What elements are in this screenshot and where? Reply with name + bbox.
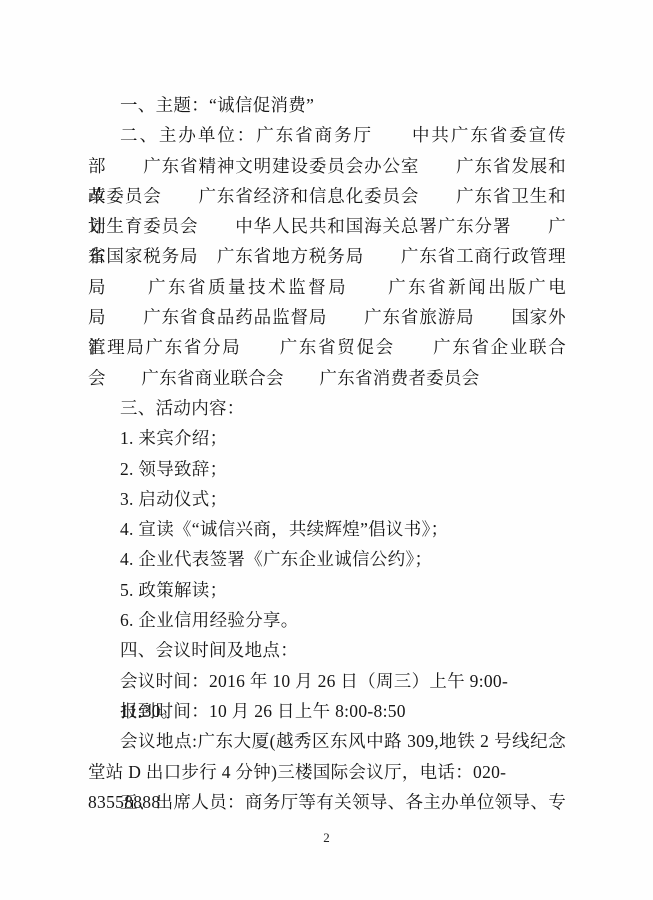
doc-line-venue-1: 会议地点:广东大厦(越秀区东风中路 309,地铁 2 号线纪念 xyxy=(88,726,566,756)
doc-line-attendees: 五、出席人员：商务厅等有关领导、各主办单位领导、专 xyxy=(88,787,566,817)
doc-line-organizers-6: 局 广东省质量技术监督局 广东省新闻出版广电 xyxy=(88,272,566,302)
doc-line-organizers-1: 二、主办单位：广东省商务厅 中共广东省委宣传 xyxy=(88,120,566,150)
doc-line-topic: 一、主题：“诚信促消费” xyxy=(88,90,566,120)
doc-line-organizers-9: 会 广东省商业联合会 广东省消费者委员会 xyxy=(88,363,566,393)
doc-line-organizers-3: 革委员会 广东省经济和信息化委员会 广东省卫生和计 xyxy=(88,181,566,211)
doc-line-agenda-item-4a: 4. 宣读《“诚信兴商，共续辉煌”倡议书》； xyxy=(88,514,566,544)
document-body: 一、主题：“诚信促消费” 二、主办单位：广东省商务厅 中共广东省委宣传 部 广东… xyxy=(88,90,566,817)
doc-line-agenda-item-2: 2. 领导致辞； xyxy=(88,454,566,484)
doc-line-agenda-item-5: 5. 政策解读； xyxy=(88,575,566,605)
doc-line-organizers-4: 划生育委员会 中华人民共和国海关总署广东分署 广东 xyxy=(88,211,566,241)
doc-line-organizers-5: 省国家税务局 广东省地方税务局 广东省工商行政管理 xyxy=(88,241,566,271)
doc-line-agenda-item-4b: 4. 企业代表签署《广东企业诚信公约》； xyxy=(88,544,566,574)
doc-line-agenda-item-1: 1. 来宾介绍； xyxy=(88,423,566,453)
doc-line-organizers-8: 管理局广东省分局 广东省贸促会 广东省企业联合 xyxy=(88,332,566,362)
doc-line-organizers-2: 部 广东省精神文明建设委员会办公室 广东省发展和改 xyxy=(88,151,566,181)
doc-line-checkin-time: 报到时间：10 月 26 日上午 8:00-8:50 xyxy=(88,696,566,726)
doc-line-meeting-time: 会议时间：2016 年 10 月 26 日（周三）上午 9:00-11:30。 xyxy=(88,666,566,696)
page-number: 2 xyxy=(0,830,653,846)
doc-line-agenda-heading: 三、活动内容： xyxy=(88,393,566,423)
doc-line-time-heading: 四、会议时间及地点： xyxy=(88,635,566,665)
doc-line-agenda-item-3: 3. 启动仪式； xyxy=(88,484,566,514)
doc-line-organizers-7: 局 广东省食品药品监督局 广东省旅游局 国家外汇 xyxy=(88,302,566,332)
doc-line-agenda-item-6: 6. 企业信用经验分享。 xyxy=(88,605,566,635)
document-page: 一、主题：“诚信促消费” 二、主办单位：广东省商务厅 中共广东省委宣传 部 广东… xyxy=(0,0,653,900)
doc-line-venue-2: 堂站 D 出口步行 4 分钟)三楼国际会议厅，电话：020-83558888 xyxy=(88,757,566,787)
